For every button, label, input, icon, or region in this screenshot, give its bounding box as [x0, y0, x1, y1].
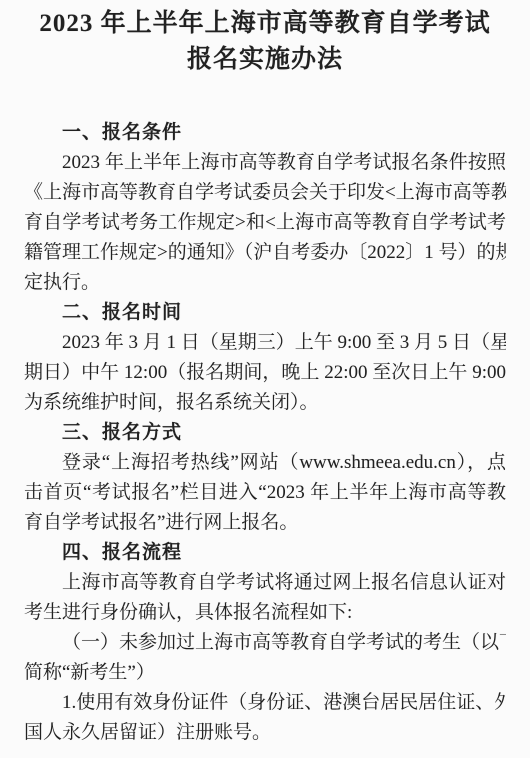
- paragraph-line: 育自学考试报名”进行网上报名。: [24, 508, 506, 538]
- paragraph-line: 定执行。: [24, 268, 506, 298]
- paragraph-line: 击首页“考试报名”栏目进入“2023 年上半年上海市高等教: [24, 478, 506, 508]
- document-title-line-1: 2023 年上半年上海市高等教育自学考试: [20, 6, 510, 42]
- paragraph-line: 籍管理工作规定>的通知》（沪自考委办〔2022〕1 号）的规: [24, 238, 506, 268]
- paragraph-line: 期日）中午 12:00（报名期间，晚上 22:00 至次日上午 9:00: [24, 358, 506, 388]
- scanned-document-page: 2023 年上半年上海市高等教育自学考试 报名实施办法 一、报名条件2023 年…: [0, 0, 530, 758]
- paragraph-line: 2023 年上半年上海市高等教育自学考试报名条件按照: [24, 148, 506, 178]
- paragraph-line: 《上海市高等教育自学考试委员会关于印发<上海市高等教: [24, 178, 506, 208]
- section-heading: 三、报名方式: [24, 418, 506, 448]
- document-body: 一、报名条件2023 年上半年上海市高等教育自学考试报名条件按照《上海市高等教育…: [0, 118, 530, 748]
- section-heading: 二、报名时间: [24, 298, 506, 328]
- section-heading: 四、报名流程: [24, 538, 506, 568]
- paragraph-line: 2023 年 3 月 1 日（星期三）上午 9:00 至 3 月 5 日（星: [24, 328, 506, 358]
- paragraph-line: （一）未参加过上海市高等教育自学考试的考生（以下: [24, 628, 506, 658]
- paragraph-line: 简称“新考生”）: [24, 658, 506, 688]
- paragraph-line: 上海市高等教育自学考试将通过网上报名信息认证对: [24, 568, 506, 598]
- paragraph-line: 育自学考试考务工作规定>和<上海市高等教育自学考试考: [24, 208, 506, 238]
- paragraph-line: 1.使用有效身份证件（身份证、港澳台居民居住证、外: [24, 688, 506, 718]
- paragraph-line: 登录“上海招考热线”网站（www.shmeea.edu.cn），点: [24, 448, 506, 478]
- paragraph-line: 考生进行身份确认，具体报名流程如下:: [24, 598, 506, 628]
- paragraph-line: 为系统维护时间，报名系统关闭）。: [24, 388, 506, 418]
- document-title-line-2: 报名实施办法: [20, 42, 510, 78]
- section-heading: 一、报名条件: [24, 118, 506, 148]
- paragraph-line: 国人永久居留证）注册账号。: [24, 718, 506, 748]
- document-title: 2023 年上半年上海市高等教育自学考试 报名实施办法: [0, 0, 530, 78]
